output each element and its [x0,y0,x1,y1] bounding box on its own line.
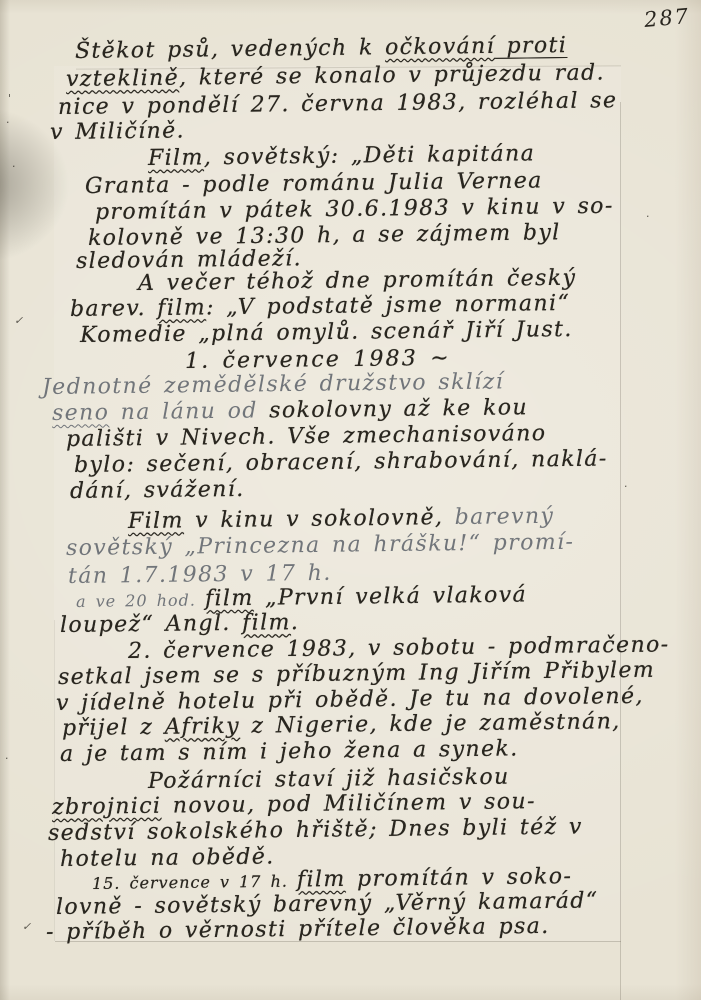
margin-mark: · [646,210,650,223]
handwritten-line: bylo: sečení, obracení, shrabování, nakl… [74,447,608,477]
handwritten-text: hotelu na obědě. [60,844,275,872]
handwritten-line: a je tam s ním i jeho žena a synek. [60,737,519,766]
handwritten-line: Film v kinu v sokolovně, barevný [128,505,555,533]
underlined-text: očkování [385,34,495,60]
underlined-text: Film [128,508,184,534]
underlined-text: proti [495,33,567,59]
handwritten-text: „První velká vlaková [254,582,528,610]
handwritten-line: nice v pondělí 27. června 1983, rozléhal… [58,89,618,119]
chronicle-page: 287 Štěkot psů, vedených k očkování prot… [0,0,701,1000]
handwritten-text: sokolovny až ke kou [269,395,528,423]
handwritten-text: barevný [455,504,555,530]
handwritten-text: přijel z [62,715,165,741]
handwritten-line: přijel z Afriky z Nigerie, kde je zaměst… [62,710,621,740]
handwritten-text: a je tam s ním i jeho žena a synek. [60,736,519,767]
underlined-text: film [157,295,206,321]
handwritten-text: , sovětský: „Děti kapitána [204,141,536,170]
handwritten-text: , které se konalo v průjezdu rad. [179,60,605,90]
margin-mark: · [6,116,10,129]
handwritten-line: zbrojnici novou, pod Miličínem v sou- [52,790,536,819]
underlined-text: Film [148,145,204,171]
handwritten-text: novou, pod Miličínem v sou- [161,789,536,819]
underlined-text: film [242,610,291,636]
handwritten-line: sovětský „Princezna na hrášku!“ promí- [66,531,575,560]
handwritten-text: v kinu v sokolovně, [184,505,455,533]
handwritten-line: sedství sokolského hřiště; Dnes byli též… [48,815,583,845]
handwritten-text: sedství sokolského hřiště; Dnes byli též… [48,814,583,846]
manuscript-text: Štěkot psů, vedených k očkování protivzt… [0,0,701,1000]
underlined-text: vzteklině [66,66,179,92]
handwritten-text: a ve 20 hod. [76,590,205,611]
handwritten-text: kolovně ve 13:30 h, a se zájmem byl [88,220,561,251]
handwritten-text: dání, svážení. [70,477,245,504]
handwritten-line: Štěkot psů, vedených k očkování proti [75,34,567,63]
handwritten-text: Komedie „plná omylů. scenář Jiří Just. [80,317,573,348]
handwritten-line: - příběh o věrnosti přítele člověka psa. [46,915,550,944]
handwritten-text: loupež“ Angl. [60,611,242,638]
handwritten-text: sovětský „Princezna na hrášku!“ promí- [66,530,575,561]
handwritten-text: bylo: sečení, obracení, shrabování, nakl… [74,446,608,478]
underlined-text: Afriky [165,714,241,740]
handwritten-heading: 1. července 1983 ~ [185,347,451,373]
handwritten-line: seno na lánu od sokolovny až ke kou [52,396,528,425]
handwritten-line: Požárníci staví již hasičskou [148,766,510,794]
margin-mark: ' [8,92,11,105]
underlined-text: film [205,586,254,612]
margin-mark: ✓ [22,920,31,933]
handwritten-text: 15. července v 17 h. [92,871,297,893]
handwritten-line: vzteklině, které se konalo v průjezdu ra… [66,61,605,91]
handwritten-text: Štěkot psů, vedených k [75,35,385,64]
handwritten-line: hotelu na obědě. [60,845,275,871]
handwritten-line: a ve 20 hod. film „První velká vlaková [76,583,527,612]
handwritten-text: : „V podstatě jsme normani“ [206,291,570,320]
handwritten-line: kolovně ve 13:30 h, a se zájmem byl [88,221,561,250]
handwritten-line: Jednotné zemědělské družstvo sklízí [42,370,504,399]
margin-mark: · [12,160,16,173]
underlined-text: seno [52,400,110,426]
handwritten-line: dání, svážení. [70,478,245,503]
margin-mark: ✓ [14,314,23,327]
handwritten-text: promítán v soko- [345,864,572,892]
handwritten-line: tán 1.7.1983 v 17 h. [68,562,332,588]
handwritten-line: pališti v Nivech. Vše zmechanisováno [66,422,547,451]
handwritten-text: - příběh o věrnosti přítele člověka psa. [46,914,550,945]
margin-mark: · [624,480,628,493]
handwritten-text: na lánu od [109,398,269,425]
handwritten-text: nice v pondělí 27. června 1983, rozléhal… [58,88,618,120]
handwritten-line: loupež“ Angl. film. [60,611,300,637]
margin-mark: · [5,752,9,765]
handwritten-text: barev. [70,296,158,322]
handwritten-text: v Miličíně. [50,118,185,145]
handwritten-text: z Nigerie, kde je zaměstnán, [240,709,621,739]
handwritten-line: v Miličíně. [50,119,185,144]
handwritten-line: Komedie „plná omylů. scenář Jiří Just. [80,318,573,347]
handwritten-line: Granta - podle románu Julia Vernea [85,169,543,198]
handwritten-line: Film, sovětský: „Děti kapitána [148,142,535,170]
underlined-text: film [297,867,346,893]
underlined-text: zbrojnici [52,794,162,820]
handwritten-text: . [291,610,300,635]
handwritten-line: barev. film: „V podstatě jsme normani“ [70,292,570,321]
